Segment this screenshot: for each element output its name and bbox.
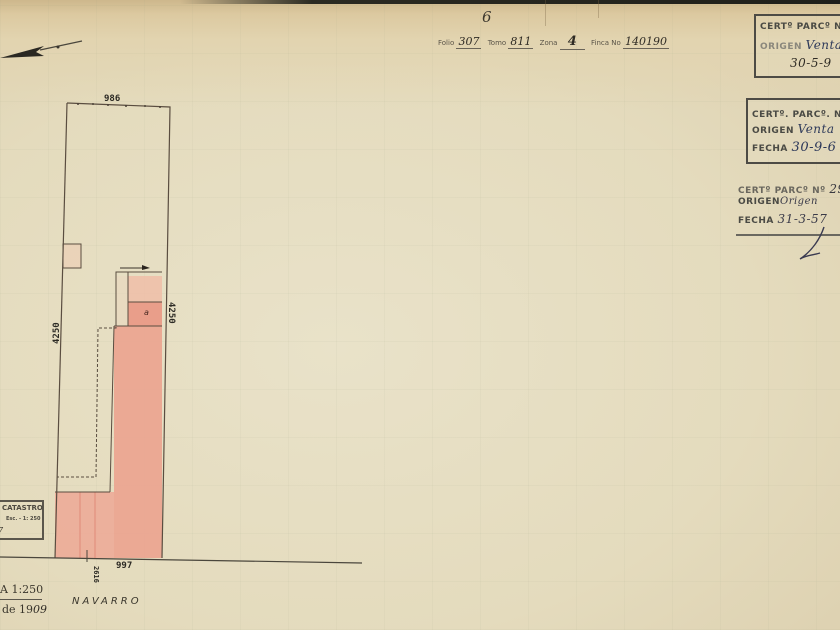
dimension-setback: 2616 — [92, 566, 100, 583]
dimension-right-depth: 4250 — [166, 302, 176, 324]
catastro-title: CATASTRO — [2, 504, 43, 512]
date-line: de 1909 — [2, 603, 47, 616]
parcel-label: a — [144, 308, 149, 317]
scale-label: A 1:250 — [0, 583, 43, 596]
catastro-stamp: CATASTRO Esc. - 1: 250 7 — [0, 500, 44, 540]
catastro-signature: 7 — [0, 526, 3, 535]
scale-underline — [0, 599, 42, 600]
dimension-top-width: 986 — [104, 94, 120, 104]
catastro-scale: Esc. - 1: 250 — [6, 516, 40, 522]
dimension-left-depth: 4250 — [52, 322, 62, 344]
plot-plan — [0, 0, 840, 630]
dimension-front-width: 997 — [116, 561, 132, 571]
date-prefix: de 19 — [2, 603, 33, 616]
street-name: NAVARRO — [72, 596, 142, 607]
date-year-handwritten: 09 — [33, 603, 47, 616]
